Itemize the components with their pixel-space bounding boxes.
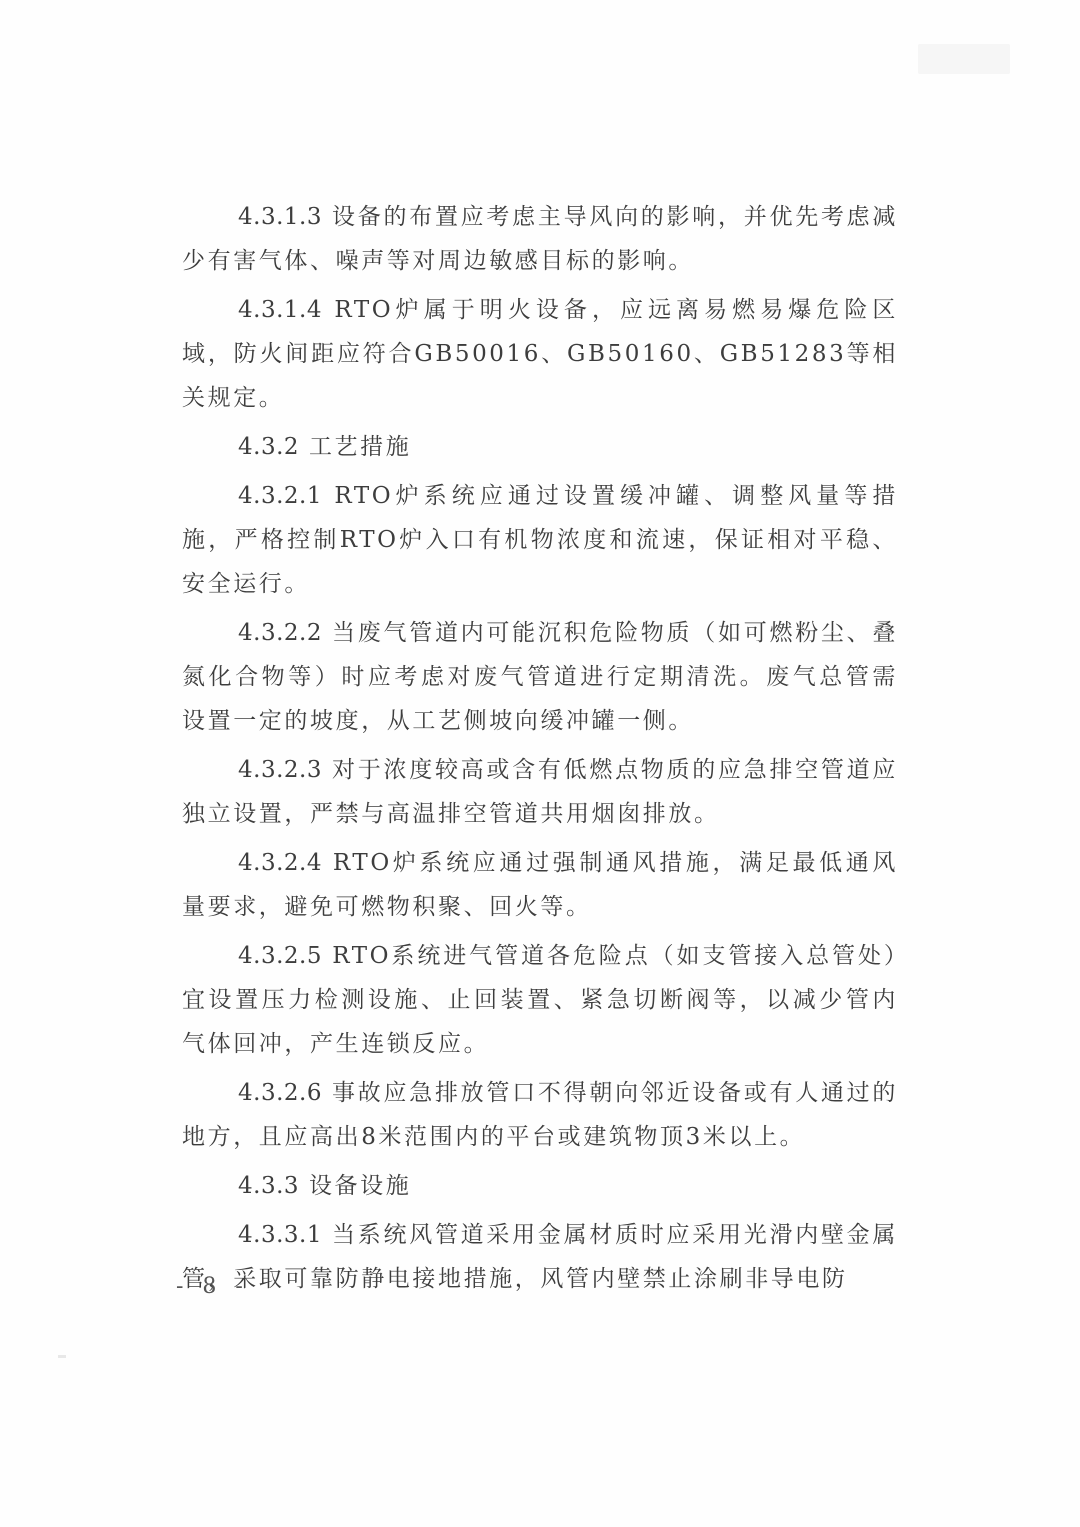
heading-text: 设备设施 [309,1173,411,1199]
clause-number: 4.3.2.4 [238,850,322,876]
clause-number: 4.3.2.1 [238,483,322,509]
section-heading-4-3-3: 4.3.3 设备设施 [182,1164,898,1208]
paragraph-4-3-1-3: 4.3.1.3 设备的布置应考虑主导风向的影响，并优先考虑减少有害气体、噪声等对… [182,195,898,283]
page-number: - 8 - [176,1274,249,1299]
scan-artifact [58,1355,66,1358]
paragraph-4-3-2-5: 4.3.2.5 RTO系统进气管道各危险点（如支管接入总管处）宜设置压力检测设施… [182,934,898,1066]
clause-number: 4.3.2 [238,434,299,460]
paragraph-4-3-3-1: 4.3.3.1 当系统风管道采用金属材质时应采用光滑内壁金属管，采取可靠防静电接… [182,1213,898,1301]
clause-number: 4.3.2.5 [238,943,322,969]
document-page: 4.3.1.3 设备的布置应考虑主导风向的影响，并优先考虑减少有害气体、噪声等对… [0,0,1080,1527]
paragraph-4-3-2-6: 4.3.2.6 事故应急排放管口不得朝向邻近设备或有人通过的地方，且应高出8米范… [182,1071,898,1159]
document-body: 4.3.1.3 设备的布置应考虑主导风向的影响，并优先考虑减少有害气体、噪声等对… [182,195,898,1306]
paragraph-4-3-2-4: 4.3.2.4 RTO炉系统应通过强制通风措施，满足最低通风量要求，避免可燃物积… [182,841,898,929]
paragraph-4-3-1-4: 4.3.1.4 RTO炉属于明火设备，应远离易燃易爆危险区域，防火间距应符合GB… [182,288,898,420]
heading-text: 工艺措施 [309,434,411,460]
clause-number: 4.3.1.3 [238,204,322,230]
clause-number: 4.3.2.6 [238,1080,322,1106]
clause-number: 4.3.1.4 [238,297,322,323]
paragraph-4-3-2-2: 4.3.2.2 当废气管道内可能沉积危险物质（如可燃粉尘、叠氮化合物等）时应考虑… [182,611,898,743]
clause-number: 4.3.3 [238,1173,299,1199]
paragraph-4-3-2-1: 4.3.2.1 RTO炉系统应通过设置缓冲罐、调整风量等措施，严格控制RTO炉入… [182,474,898,606]
clause-number: 4.3.3.1 [238,1222,322,1248]
watermark [918,44,1010,74]
paragraph-4-3-2-3: 4.3.2.3 对于浓度较高或含有低燃点物质的应急排空管道应独立设置，严禁与高温… [182,748,898,836]
clause-number: 4.3.2.3 [238,757,322,783]
section-heading-4-3-2: 4.3.2 工艺措施 [182,425,898,469]
clause-number: 4.3.2.2 [238,620,322,646]
